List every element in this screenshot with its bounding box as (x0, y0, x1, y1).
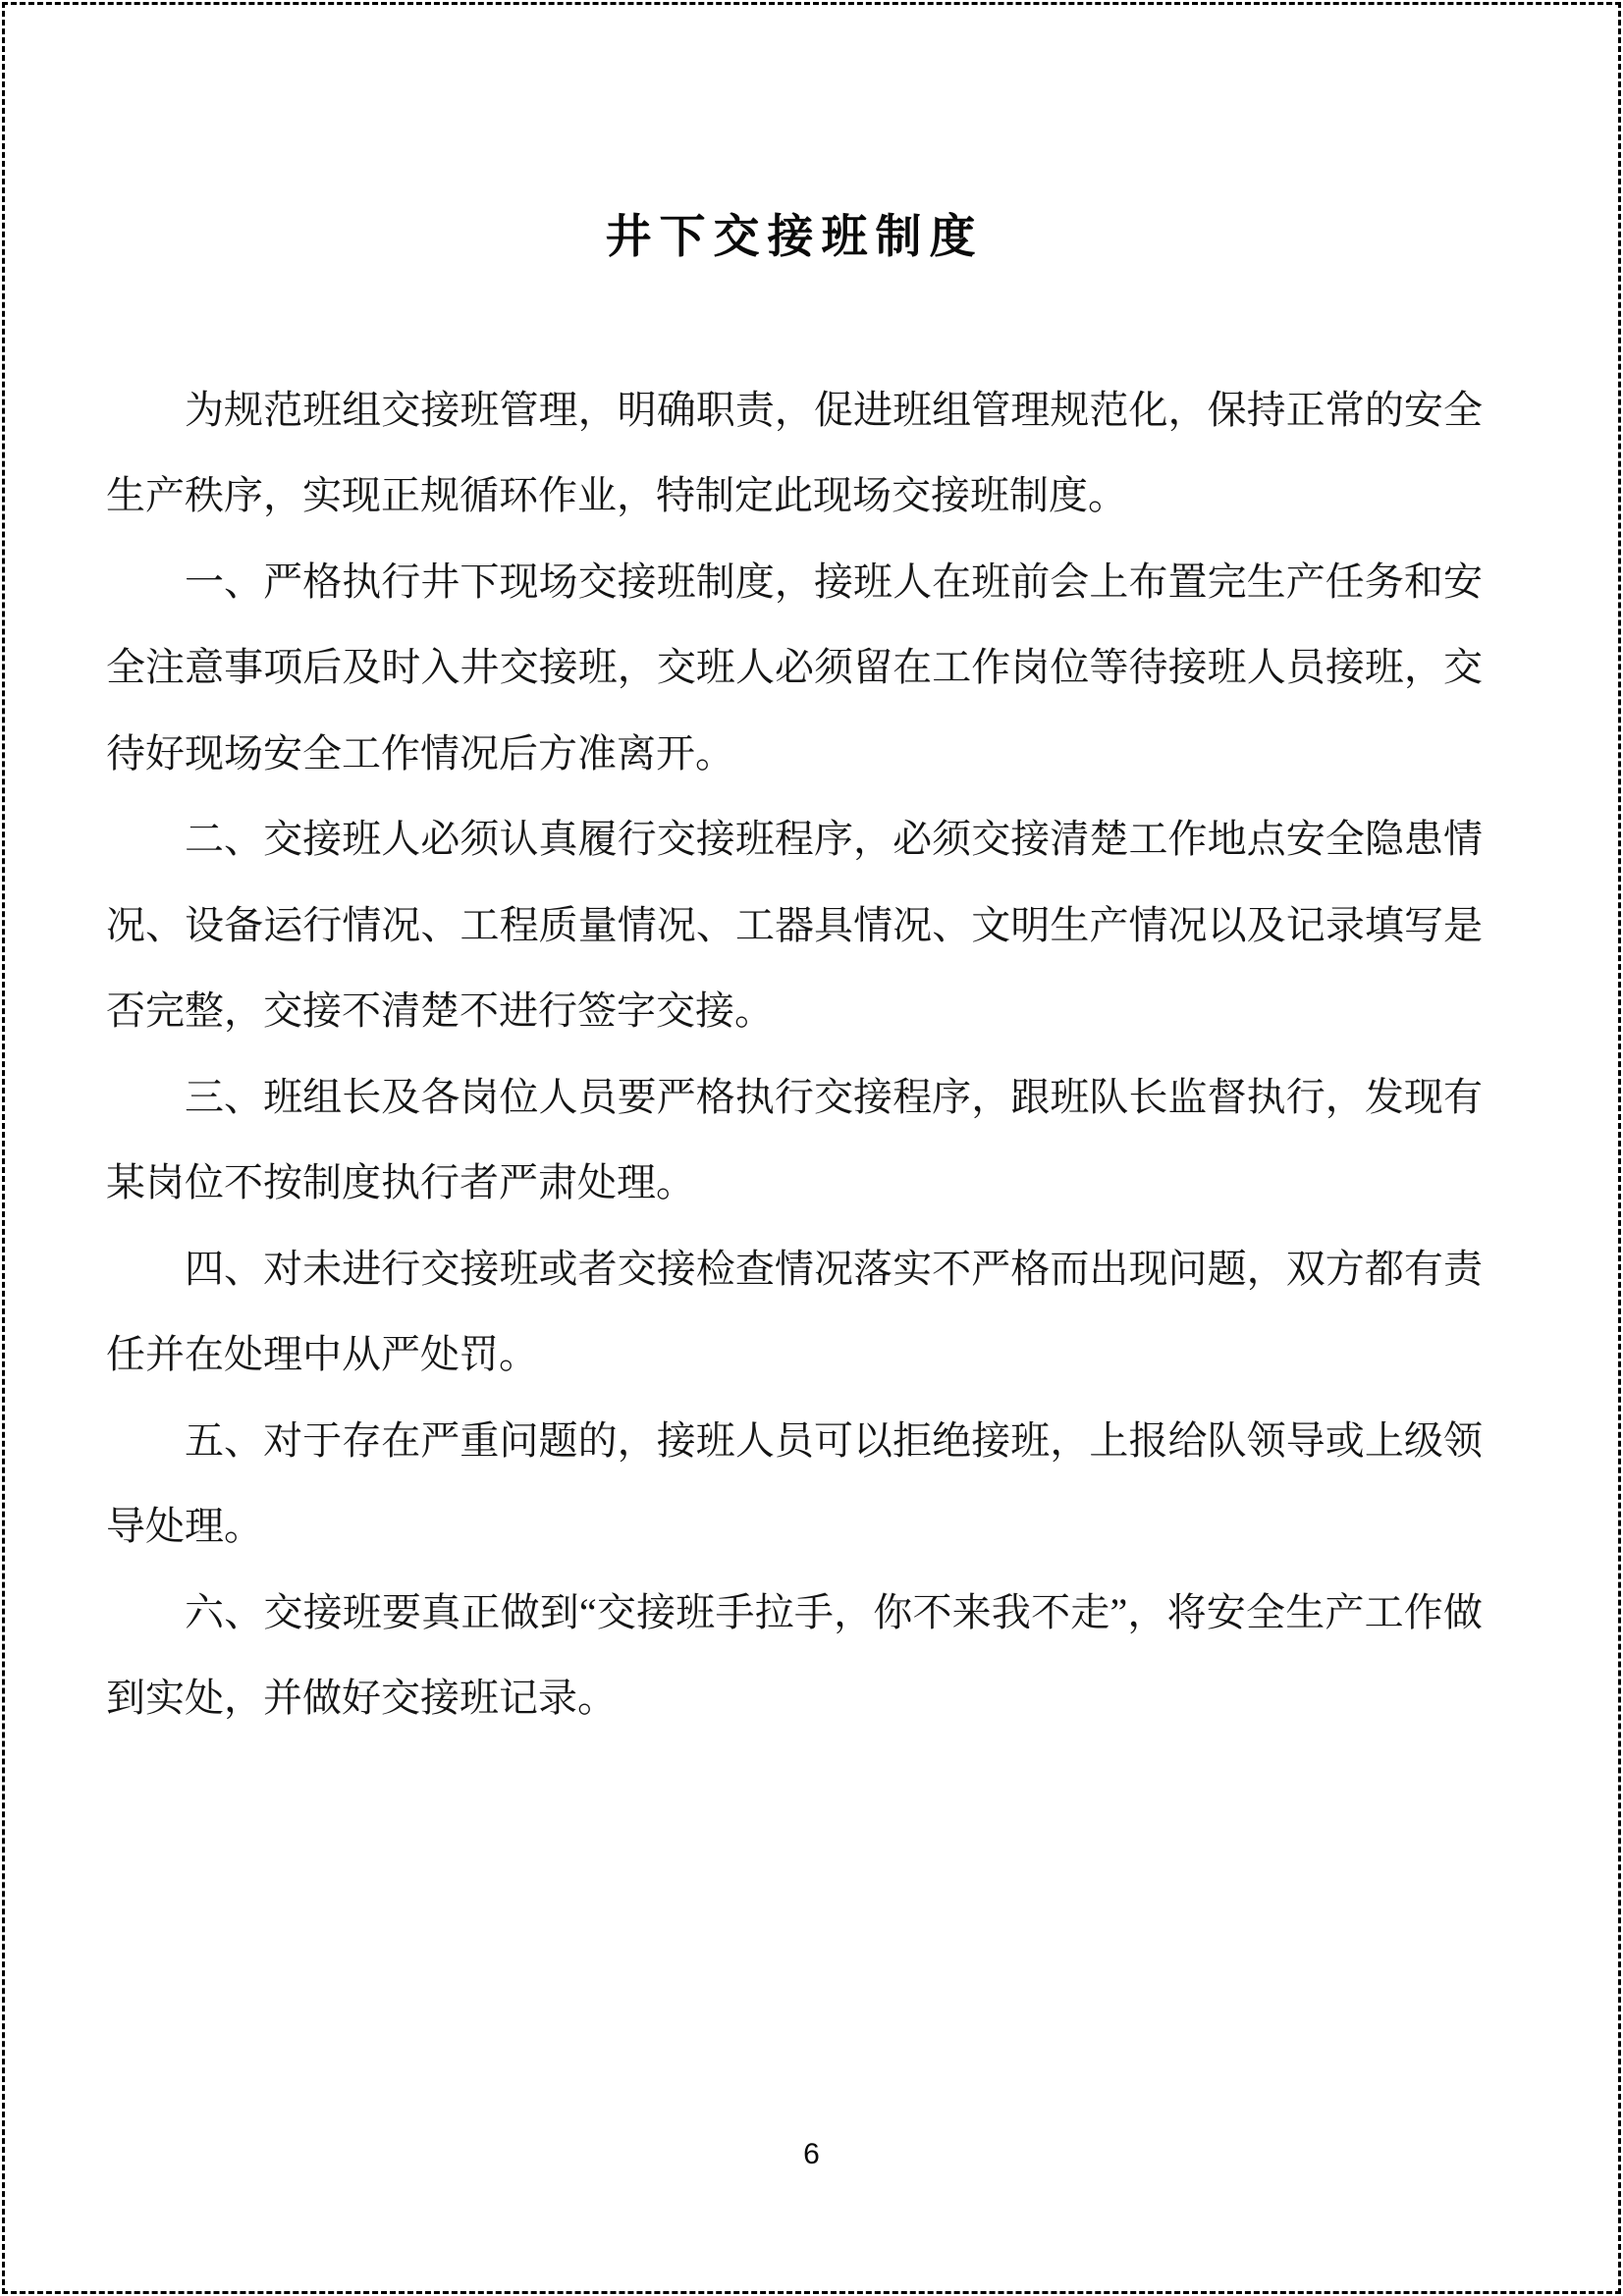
document-title: 井下交接班制度 (106, 5, 1483, 271)
paragraph-item-5: 五、对于存在严重问题的，接班人员可以拒绝接班，上报给队领导或上级领导处理。 (106, 1398, 1483, 1570)
document-content: 井下交接班制度 为规范班组交接班管理，明确职责，促进班组管理规范化，保持正常的安… (106, 5, 1483, 1741)
page-number: 6 (803, 2138, 820, 2170)
paragraph-item-6: 六、交接班要真正做到“交接班手拉手，你不来我不走”，将安全生产工作做到实处，并做… (106, 1570, 1483, 1741)
paragraph-item-3: 三、班组长及各岗位人员要严格执行交接程序，跟班队长监督执行，发现有某岗位不按制度… (106, 1054, 1483, 1226)
document-body: 为规范班组交接班管理，明确职责，促进班组管理规范化，保持正常的安全生产秩序，实现… (106, 367, 1483, 1741)
paragraph-item-1: 一、严格执行井下现场交接班制度，接班人在班前会上布置完生产任务和安全注意事项后及… (106, 539, 1483, 797)
page-footer: 6 (5, 2138, 1618, 2171)
paragraph-intro: 为规范班组交接班管理，明确职责，促进班组管理规范化，保持正常的安全生产秩序，实现… (106, 367, 1483, 539)
document-page: 井下交接班制度 为规范班组交接班管理，明确职责，促进班组管理规范化，保持正常的安… (2, 2, 1621, 2294)
paragraph-item-4: 四、对未进行交接班或者交接检查情况落实不严格而出现问题，双方都有责任并在处理中从… (106, 1226, 1483, 1398)
paragraph-item-2: 二、交接班人必须认真履行交接班程序，必须交接清楚工作地点安全隐患情况、设备运行情… (106, 796, 1483, 1054)
